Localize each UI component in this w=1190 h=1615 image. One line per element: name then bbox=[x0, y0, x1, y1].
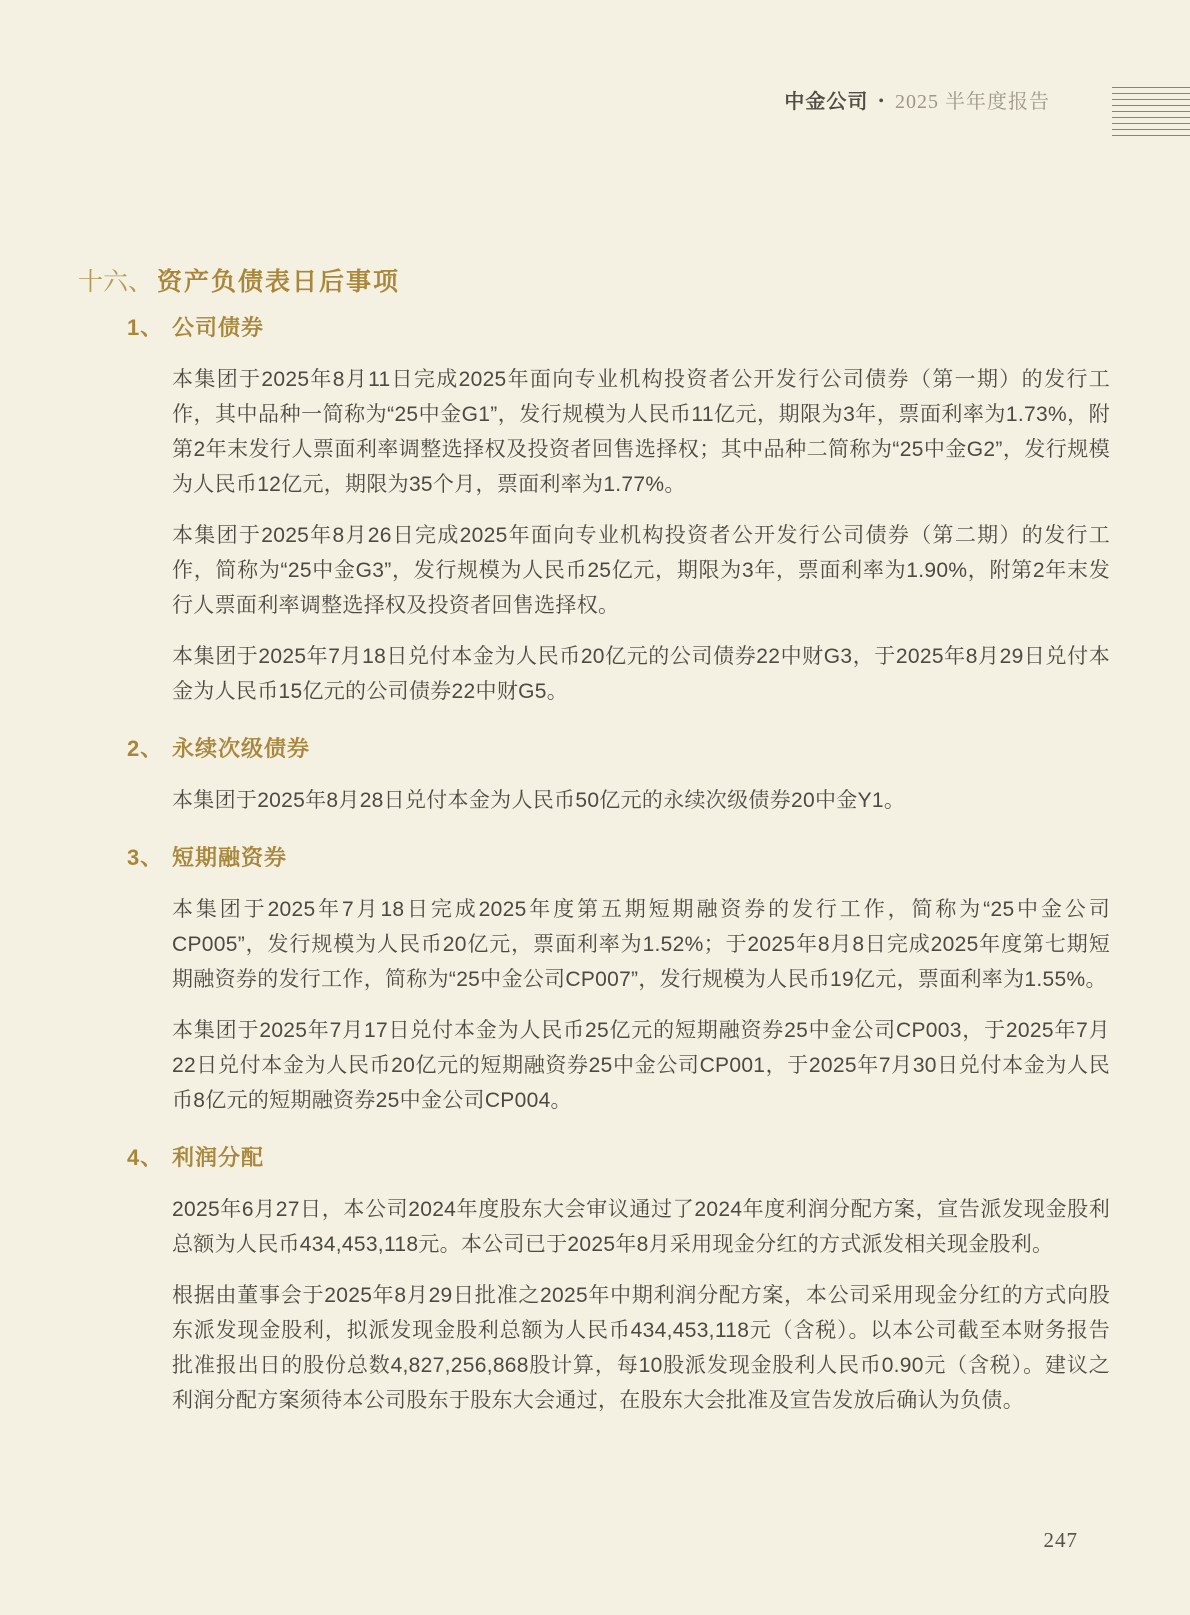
subsection-perpetual-subordinated-bonds: 2、 永续次级债券 本集团于2025年8月28日兑付本金为人民币50亿元的永续次… bbox=[78, 735, 1110, 818]
paragraph: 本集团于2025年7月17日兑付本金为人民币25亿元的短期融资券25中金公司CP… bbox=[172, 1013, 1110, 1118]
report-edition: 2025 半年度报告 bbox=[895, 91, 1050, 113]
section-heading: 十六、 资产负债表日后事项 bbox=[78, 266, 1110, 298]
subsection-short-term-notes: 3、 短期融资券 本集团于2025年7月18日完成2025年度第五期短期融资券的… bbox=[78, 844, 1110, 1118]
subsection-heading: 2、 永续次级债券 bbox=[127, 735, 1110, 763]
subsection-title: 短期融资券 bbox=[172, 844, 287, 872]
paragraph: 本集团于2025年7月18日兑付本金为人民币20亿元的公司债券22中财G3，于2… bbox=[172, 639, 1110, 709]
subsection-title: 永续次级债券 bbox=[172, 735, 310, 763]
stripes-decoration-icon bbox=[1112, 87, 1190, 137]
section-number: 十六、 bbox=[78, 266, 153, 298]
paragraph: 本集团于2025年7月18日完成2025年度第五期短期融资券的发行工作，简称为“… bbox=[172, 892, 1110, 997]
paragraph: 本集团于2025年8月28日兑付本金为人民币50亿元的永续次级债券20中金Y1。 bbox=[172, 783, 1110, 818]
company-name: 中金公司 bbox=[784, 91, 868, 113]
report-page: 中金公司•2025 半年度报告 十六、 资产负债表日后事项 1、 公司债券 本集… bbox=[0, 0, 1190, 1615]
subsection-title: 利润分配 bbox=[172, 1144, 264, 1172]
page-number: 247 bbox=[1044, 1528, 1079, 1553]
paragraph: 根据由董事会于2025年8月29日批准之2025年中期利润分配方案，本公司采用现… bbox=[172, 1278, 1110, 1418]
subsection-number: 4、 bbox=[127, 1144, 172, 1172]
paragraph: 本集团于2025年8月11日完成2025年面向专业机构投资者公开发行公司债券（第… bbox=[172, 362, 1110, 502]
running-head: 中金公司•2025 半年度报告 bbox=[784, 88, 1050, 116]
subsection-heading: 1、 公司债券 bbox=[127, 314, 1110, 342]
paragraph: 本集团于2025年8月26日完成2025年面向专业机构投资者公开发行公司债券（第… bbox=[172, 518, 1110, 623]
subsection-number: 3、 bbox=[127, 844, 172, 872]
subsection-company-bonds: 1、 公司债券 本集团于2025年8月11日完成2025年面向专业机构投资者公开… bbox=[78, 314, 1110, 709]
content-column: 十六、 资产负债表日后事项 1、 公司债券 本集团于2025年8月11日完成20… bbox=[78, 266, 1110, 1418]
subsection-number: 1、 bbox=[127, 314, 172, 342]
bullet-separator-icon: • bbox=[878, 93, 885, 110]
subsection-number: 2、 bbox=[127, 735, 172, 763]
subsection-heading: 4、 利润分配 bbox=[127, 1144, 1110, 1172]
section-title: 资产负债表日后事项 bbox=[157, 266, 400, 298]
paragraph: 2025年6月27日，本公司2024年度股东大会审议通过了2024年度利润分配方… bbox=[172, 1192, 1110, 1262]
subsection-profit-distribution: 4、 利润分配 2025年6月27日，本公司2024年度股东大会审议通过了202… bbox=[78, 1144, 1110, 1418]
subsection-title: 公司债券 bbox=[172, 314, 264, 342]
subsection-heading: 3、 短期融资券 bbox=[127, 844, 1110, 872]
